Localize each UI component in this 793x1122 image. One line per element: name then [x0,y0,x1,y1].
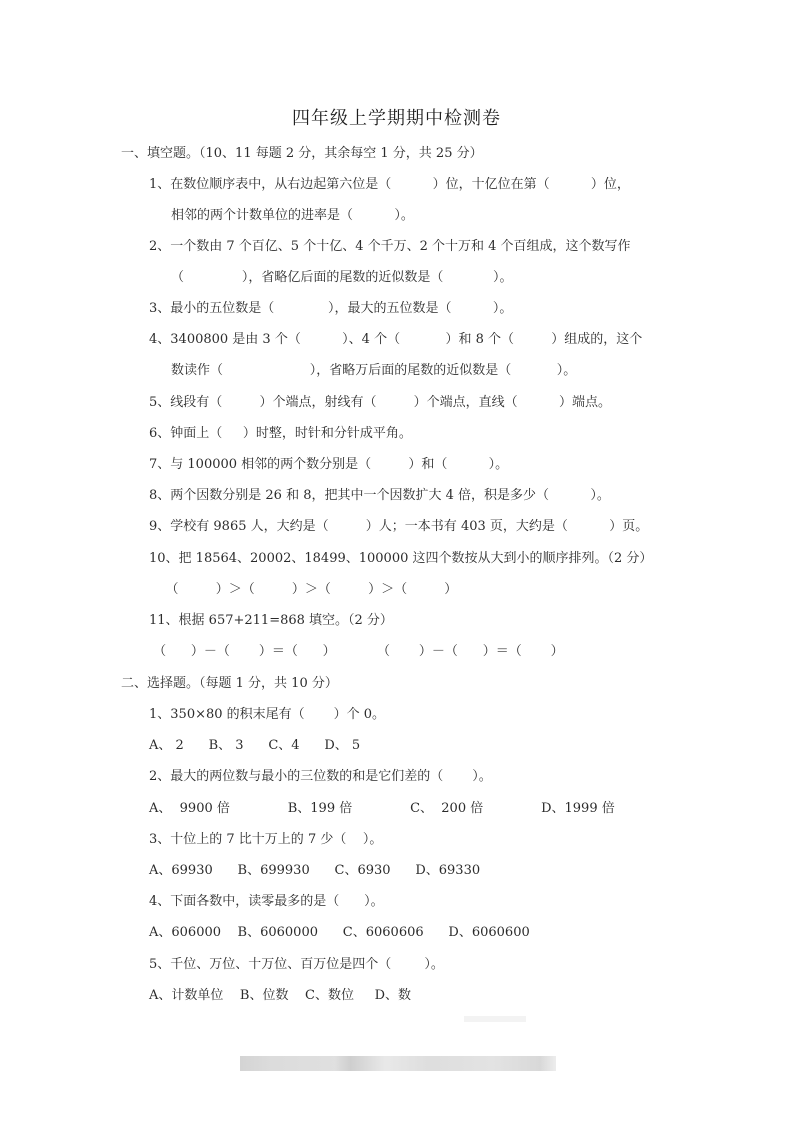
question-continuation: （ ），省略亿后面的尾数的近似数是（ ）。 [171,268,512,288]
question-line: 8、两个因数分别是 26 和 8，把其中一个因数扩大 4 倍，积是多少（ ）。 [149,486,610,506]
question-line: 7、与 100000 相邻的两个数分别是（ ）和（ ）。 [149,455,508,475]
question-line: 2、一个数由 7 个百亿、5 个十亿、4 个千万、2 个十万和 4 个百组成，这… [149,237,631,257]
question-line: 2、最大的两位数与最小的三位数的和是它们差的（ ）。 [149,767,492,787]
exam-page: 四年级上学期期中检测卷 一、填空题。（10、11 每题 2 分，其余每空 1 分… [0,0,793,1122]
question-line: （ ）＞（ ）＞（ ）＞（ ） [149,580,457,600]
answer-options: A、69930 B、699930 C、6930 D、69330 [149,861,480,881]
section-heading-fill-in: 一、填空题。（10、11 每题 2 分，其余每空 1 分，共 25 分） [121,144,483,164]
question-line: 4、3400800 是由 3 个（ ）、4 个（ ）和 8 个（ ）组成的，这个 [149,330,642,350]
question-line: 4、下面各数中，读零最多的是（ ）。 [149,892,384,912]
question-continuation: 数读作（ ），省略万后面的尾数的近似数是（ ）。 [171,361,576,381]
question-line: 6、钟面上（ ）时整，时针和分针成平角。 [149,424,412,444]
question-line: 10、把 18564、20002、18499、100000 这四个数按从大到小的… [149,549,652,569]
question-continuation: 相邻的两个计数单位的进率是（ ）。 [171,206,414,226]
question-line: 5、线段有（ ）个端点，射线有（ ）个端点，直线（ ）端点。 [149,393,611,413]
blurred-watermark [240,1056,556,1071]
answer-options: A、计数单位 B、位数 C、数位 D、数 [149,986,411,1006]
watermark-fragment [464,1016,526,1022]
question-line: 3、最小的五位数是（ ），最大的五位数是（ ）。 [149,299,512,319]
question-line: 5、千位、万位、十万位、百万位是四个（ ）。 [149,955,444,975]
answer-options: A、 9900 倍 B、199 倍 C、 200 倍 D、1999 倍 [149,799,615,819]
section-heading-multiple-choice: 二、选择题。（每题 1 分，共 10 分） [121,674,338,694]
question-line: 9、学校有 9865 人，大约是（ ）人；一本书有 403 页，大约是（ ）页。 [149,517,648,537]
question-line: 3、十位上的 7 比十万上的 7 少（ ）。 [149,830,382,850]
answer-options: A、606000 B、6060000 C、6060606 D、6060600 [149,923,530,943]
page-title: 四年级上学期期中检测卷 [0,104,793,130]
question-line: 1、350×80 的积末尾有（ ）个 0。 [149,705,385,725]
question-line: 1、在数位顺序表中，从右边起第六位是（ ）位，十亿位在第（ ）位， [149,175,630,195]
question-line: 11、根据 657+211=868 填空。（2 分） [149,611,393,631]
answer-options: A、 2 B、 3 C、4 D、 5 [149,736,360,756]
question-line: （ ）－（ ）＝（ ） （ ）－（ ）＝（ ） [149,642,564,662]
